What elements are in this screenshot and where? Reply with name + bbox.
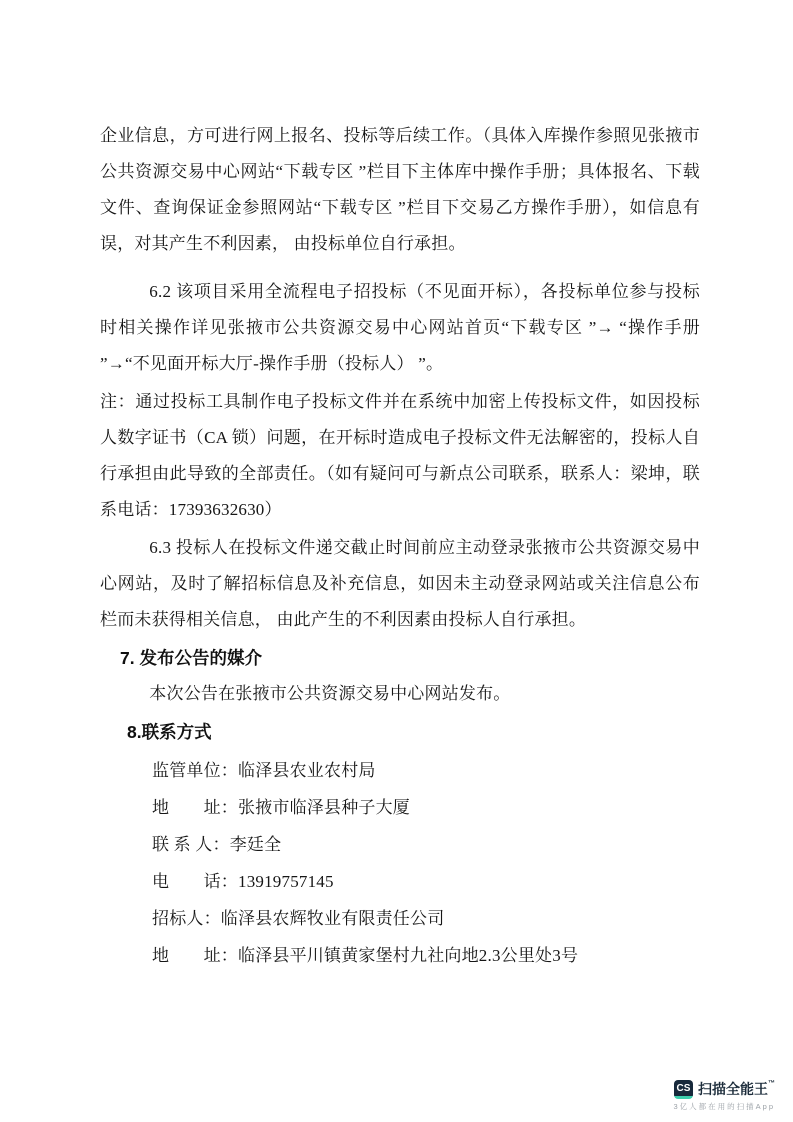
camscanner-app-name: 扫描全能王 ™ xyxy=(698,1082,775,1096)
contact-list: 监管单位：临泽县农业农村局 地 址：张掖市临泽县种子大厦 联 系 人：李廷全 电… xyxy=(152,752,700,974)
contact-line-tenderer: 招标人：临泽县农辉牧业有限责任公司 xyxy=(152,900,700,937)
contact-line-phone: 电 话：13919757145 xyxy=(152,863,700,900)
camscanner-logo-icon: CS xyxy=(674,1080,693,1099)
section-8-heading: 8.联系方式 xyxy=(127,714,700,750)
camscanner-tagline: 3亿人都在用的扫描App xyxy=(673,1103,775,1111)
scanned-document-page: 企业信息，方可进行网上报名、投标等后续工作。（具体入库操作参照见张掖市公共资源交… xyxy=(0,0,793,1122)
document-content: 企业信息，方可进行网上报名、投标等后续工作。（具体入库操作参照见张掖市公共资源交… xyxy=(100,118,700,974)
paragraph-note: 注：通过投标工具制作电子投标文件并在系统中加密上传投标文件，如因投标人数字证书（… xyxy=(100,384,700,528)
paragraph-6-2: 6.2 该项目采用全流程电子招投标（不见面开标），各投标单位参与投标时相关操作详… xyxy=(100,274,700,382)
paragraph-6-3: 6.3 投标人在投标文件递交截止时间前应主动登录张掖市公共资源交易中心网站，及时… xyxy=(100,530,700,638)
contact-line-supervisor: 监管单位：临泽县农业农村局 xyxy=(152,752,700,789)
camscanner-watermark-row: CS 扫描全能王 ™ xyxy=(673,1080,775,1099)
camscanner-app-name-text: 扫描全能王 xyxy=(698,1082,768,1096)
camscanner-watermark: CS 扫描全能王 ™ 3亿人都在用的扫描App xyxy=(673,1080,775,1111)
contact-line-supervisor-address: 地 址：张掖市临泽县种子大厦 xyxy=(152,789,700,826)
section-7-heading: 7. 发布公告的媒介 xyxy=(120,640,700,676)
section-7-body: 本次公告在张掖市公共资源交易中心网站发布。 xyxy=(100,676,700,712)
contact-line-contact-person: 联 系 人：李廷全 xyxy=(152,826,700,863)
contact-line-tenderer-address: 地 址：临泽县平川镇黄家堡村九社向地2.3公里处3号 xyxy=(152,937,700,974)
paragraph-registration-info: 企业信息，方可进行网上报名、投标等后续工作。（具体入库操作参照见张掖市公共资源交… xyxy=(100,118,700,262)
trademark-symbol: ™ xyxy=(768,1080,775,1087)
